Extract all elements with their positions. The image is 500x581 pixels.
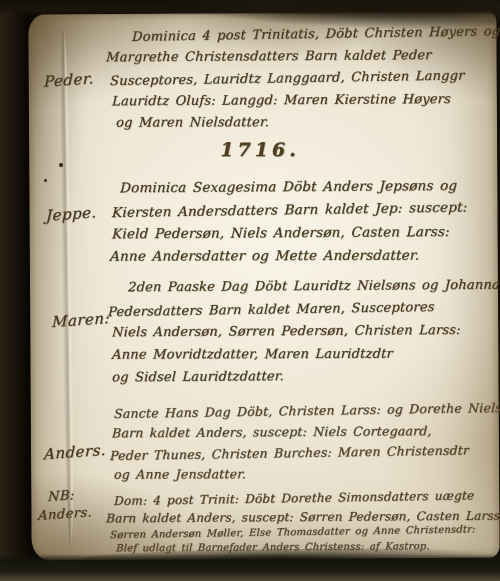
scanned-register-page: Peder. Jeppe. Maren: Anders. NB: Anders.… bbox=[0, 0, 500, 581]
baptism-entry-maren: 2den Paaske Dag Döbt Lauridtz Nielsøns o… bbox=[100, 276, 498, 389]
baptism-entry-jeppe: Dominica Sexagesima Döbt Anders Jepsøns … bbox=[100, 176, 498, 268]
baptism-entry-nb-anders: Dom: 4 post Trinit: Döbt Dorethe Simonsd… bbox=[100, 489, 498, 555]
handwritten-line: og Sidsel Lauridtzdatter. bbox=[111, 365, 498, 390]
handwritten-line: Anne Andersdatter og Mette Andersdatter. bbox=[109, 244, 498, 268]
baptism-entry-peder: Dominica 4 post Trinitatis, Döbt Christe… bbox=[100, 24, 498, 134]
margin-name-jeppe: Jeppe. bbox=[46, 203, 97, 225]
handwritten-line: og Anne Jensdatter. bbox=[113, 462, 498, 484]
handwritten-line: Kield Pedersøn, Niels Andersøn, Casten L… bbox=[111, 221, 498, 247]
year-heading: 1716. bbox=[120, 139, 400, 161]
baptism-entry-anders: Sancte Hans Dag Döbt, Christen Larss: og… bbox=[100, 400, 498, 484]
margin-name-nb-anders: Anders. bbox=[38, 505, 93, 524]
handwriting-layer: Peder. Jeppe. Maren: Anders. NB: Anders.… bbox=[0, 0, 500, 581]
margin-name-peder: Peder. bbox=[44, 69, 95, 91]
handwritten-line: og Maren Nielsdatter. bbox=[115, 111, 498, 134]
handwritten-line: Blef udlagt til Barnefader Anders Christ… bbox=[116, 539, 499, 556]
handwritten-line: Anne Movridtzdatter, Maren Lauridtzdtr bbox=[111, 343, 498, 367]
handwritten-line: Lauridtz Olufs: Langgd: Maren Kierstine … bbox=[112, 89, 499, 114]
handwritten-line: Niels Andersøn, Sørren Pedersøn, Christe… bbox=[111, 320, 498, 345]
margin-name-nb: NB: bbox=[48, 488, 75, 505]
margin-name-anders: Anders. bbox=[44, 441, 107, 463]
